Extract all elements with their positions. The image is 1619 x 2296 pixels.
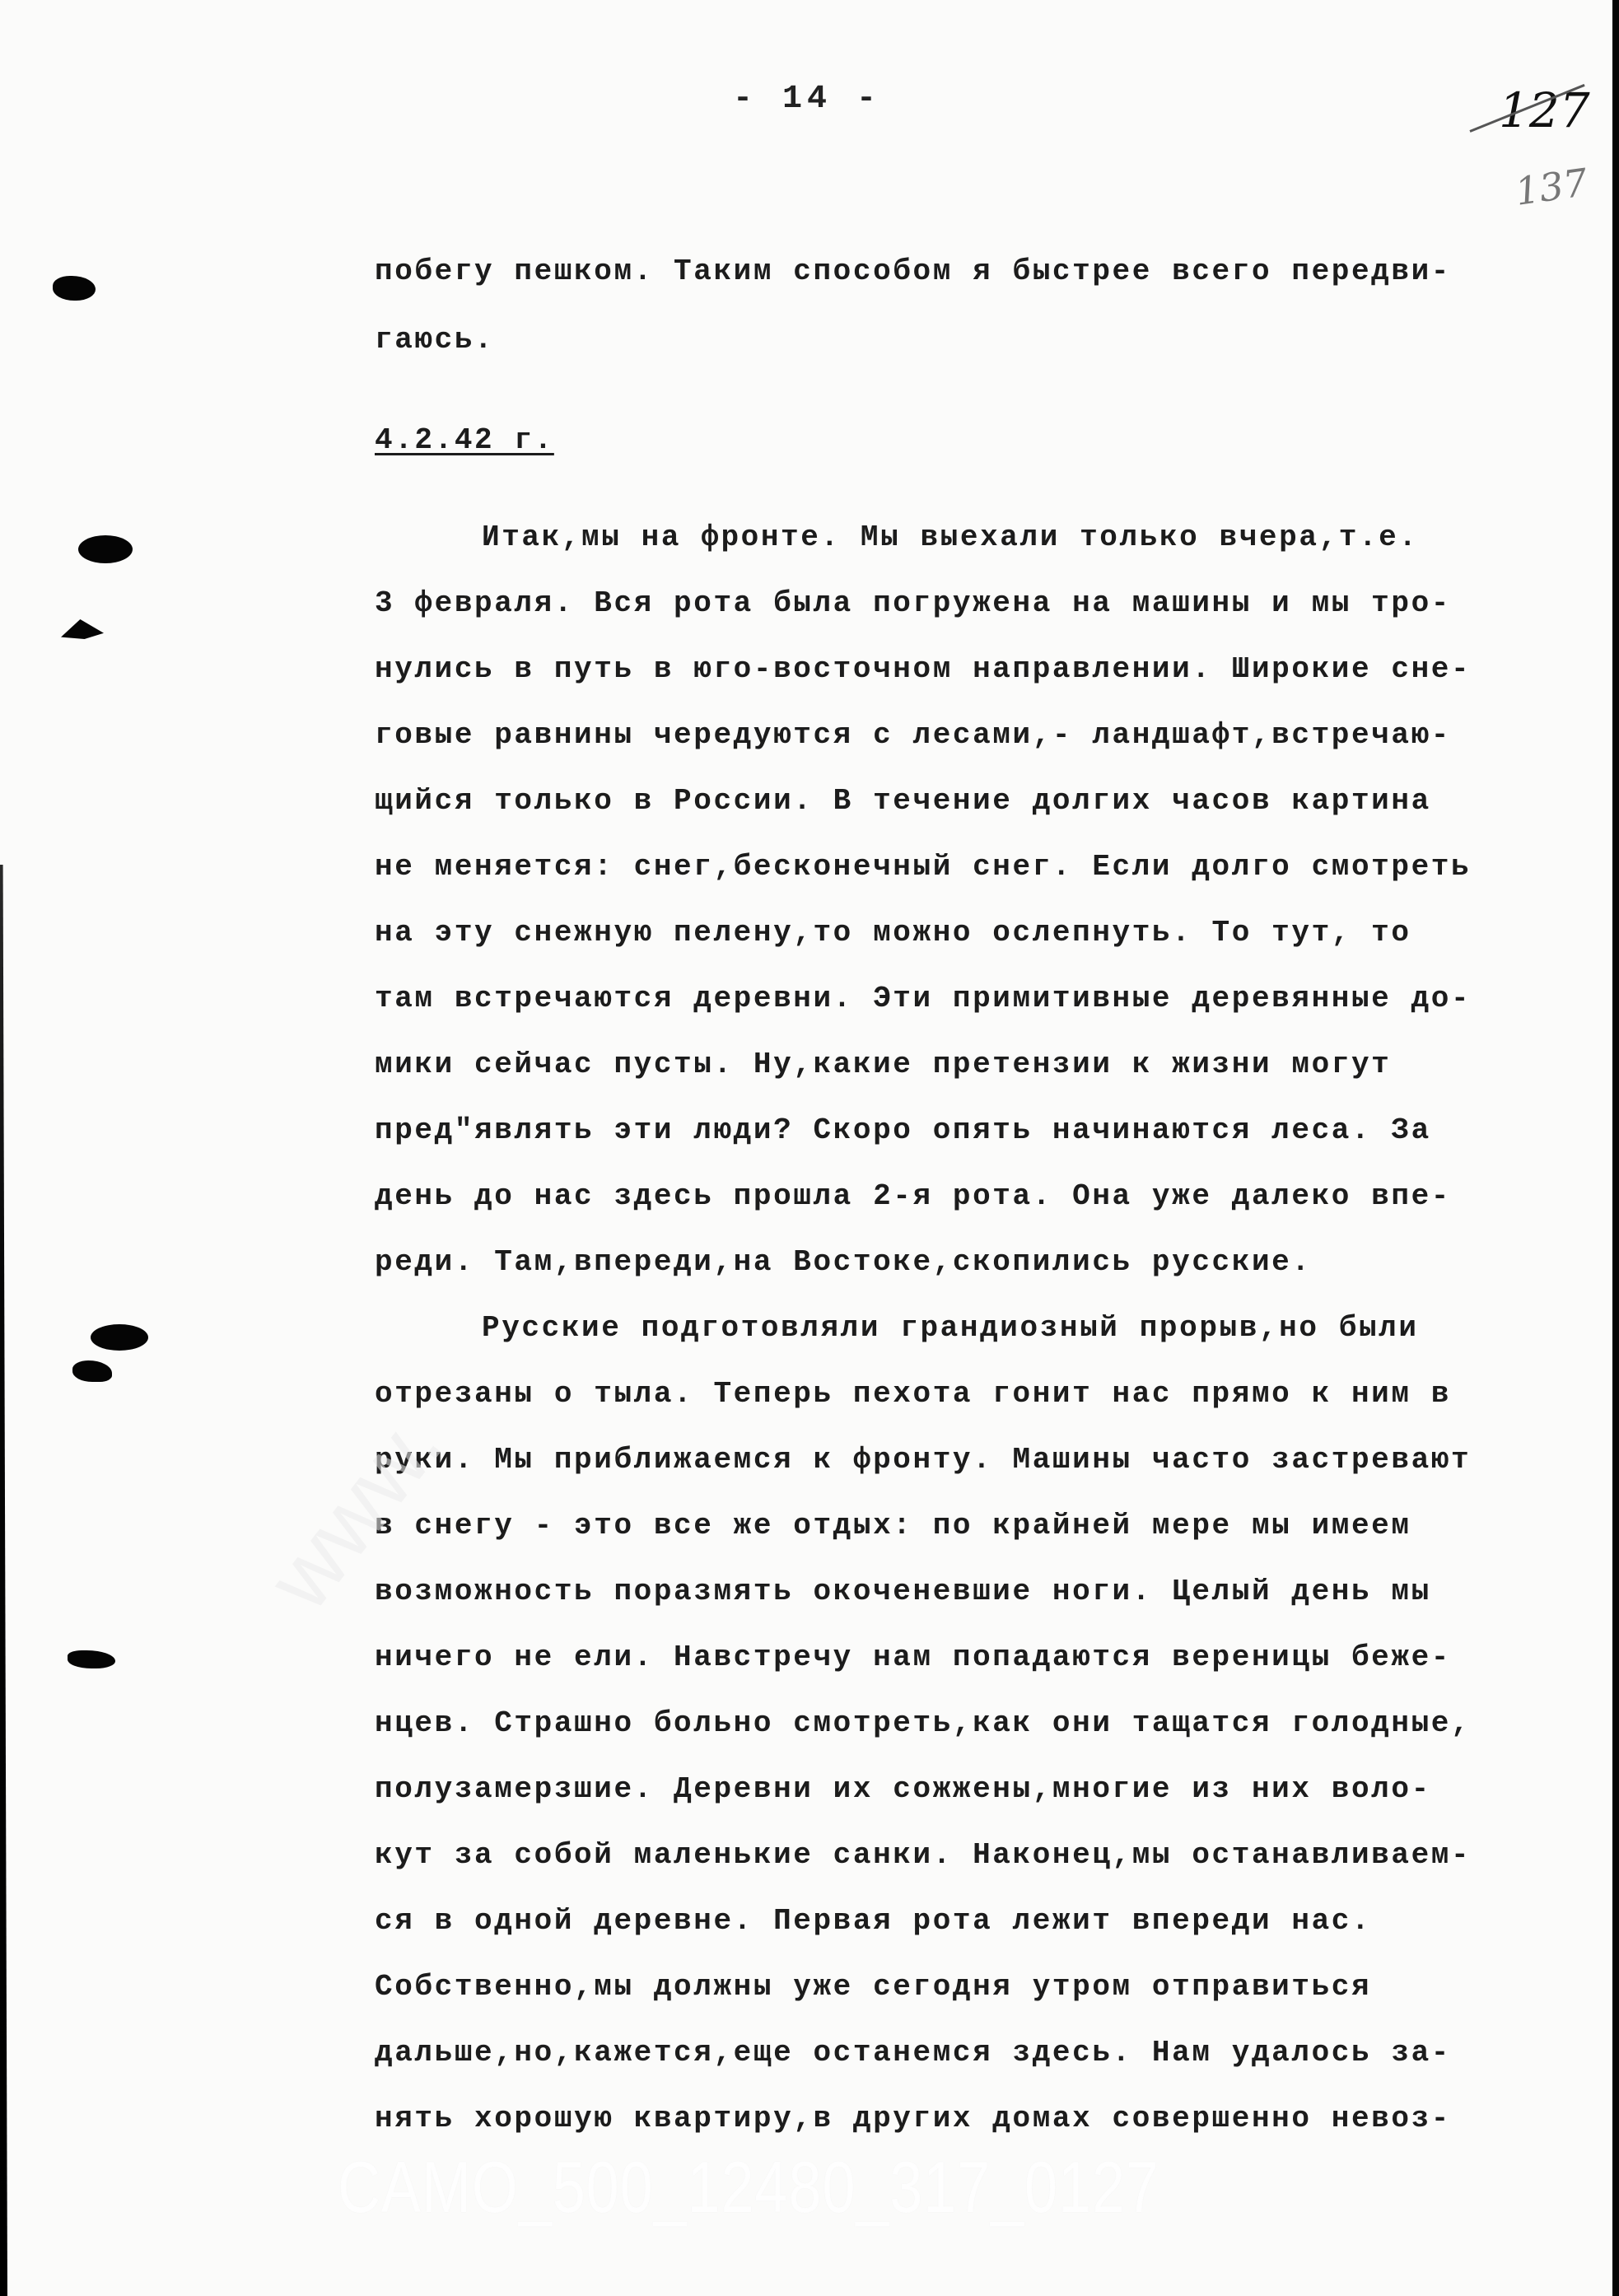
folio-number: 137: [1513, 160, 1590, 214]
text-line: отрезаны о тыла. Теперь пехота гонит нас…: [375, 1379, 1451, 1409]
text-line: говые равнины чередуются с лесами,- ланд…: [375, 721, 1451, 750]
punch-hole-mark: [72, 1360, 112, 1382]
text-line: нулись в путь в юго-восточном направлени…: [375, 655, 1471, 684]
text-line: дальше,но,кажется,еще останемся здесь. Н…: [375, 2038, 1451, 2068]
text-line: полузамерзшие. Деревни их сожжены,многие…: [375, 1775, 1431, 1804]
text-line: не меняется: снег,бесконечный снег. Если…: [375, 852, 1471, 882]
folio-number-struck: 127: [1499, 82, 1590, 138]
text-line: руки. Мы приближаемся к фронту. Машины ч…: [375, 1445, 1471, 1475]
text-line: на эту снежную пелену,то можно ослепнуть…: [375, 918, 1411, 948]
scan-right-edge-shadow: [1612, 0, 1619, 2296]
text-line: там встречаются деревни. Эти примитивные…: [375, 984, 1471, 1014]
text-line: возможность поразмять окоченевшие ноги. …: [375, 1577, 1431, 1607]
text-line: Собственно,мы должны уже сегодня утром о…: [375, 1972, 1371, 2002]
text-line: в снегу - это все же отдых: по крайней м…: [375, 1511, 1411, 1541]
text-line: ничего не ели. Навстречу нам попадаются …: [375, 1643, 1451, 1673]
punch-hole-mark: [68, 1650, 115, 1668]
document-page: - 14 - 127 137 побегу пешком. Таким спос…: [0, 0, 1619, 2296]
text-line: побегу пешком. Таким способом я быстрее …: [375, 257, 1451, 287]
text-line: гаюсь.: [375, 325, 494, 355]
page-number: - 14 -: [700, 81, 914, 118]
text-line: нять хорошую квартиру,в других домах сов…: [375, 2104, 1451, 2134]
archive-id-watermark: CAMO_500_12480_317_0127: [338, 2145, 1159, 2229]
text-line: ся в одной деревне. Первая рота лежит вп…: [375, 1906, 1371, 1936]
punch-hole-mark: [61, 619, 104, 639]
punch-hole-mark: [53, 276, 96, 301]
text-line: Русские подготовляли грандиозный прорыв,…: [482, 1314, 1419, 1343]
text-line: щийся только в России. В течение долгих …: [375, 786, 1431, 816]
punch-hole: [91, 1324, 148, 1351]
scan-left-edge-shadow: [0, 865, 7, 2296]
text-line: мики сейчас пусты. Ну,какие претензии к …: [375, 1050, 1391, 1080]
punch-hole: [78, 535, 133, 563]
text-line: нцев. Страшно больно смотреть,как они та…: [375, 1709, 1471, 1738]
text-line: Итак,мы на фронте. Мы выехали только вче…: [482, 523, 1419, 553]
text-line: реди. Там,впереди,на Востоке,скопились р…: [375, 1248, 1312, 1277]
text-line: день до нас здесь прошла 2-я рота. Она у…: [375, 1182, 1451, 1211]
date-heading: 4.2.42 г.: [375, 426, 554, 455]
text-line: 3 февраля. Вся рота была погружена на ма…: [375, 589, 1451, 618]
text-line: пред"являть эти люди? Скоро опять начина…: [375, 1116, 1431, 1146]
text-line: кут за собой маленькие санки. Наконец,мы…: [375, 1841, 1471, 1870]
